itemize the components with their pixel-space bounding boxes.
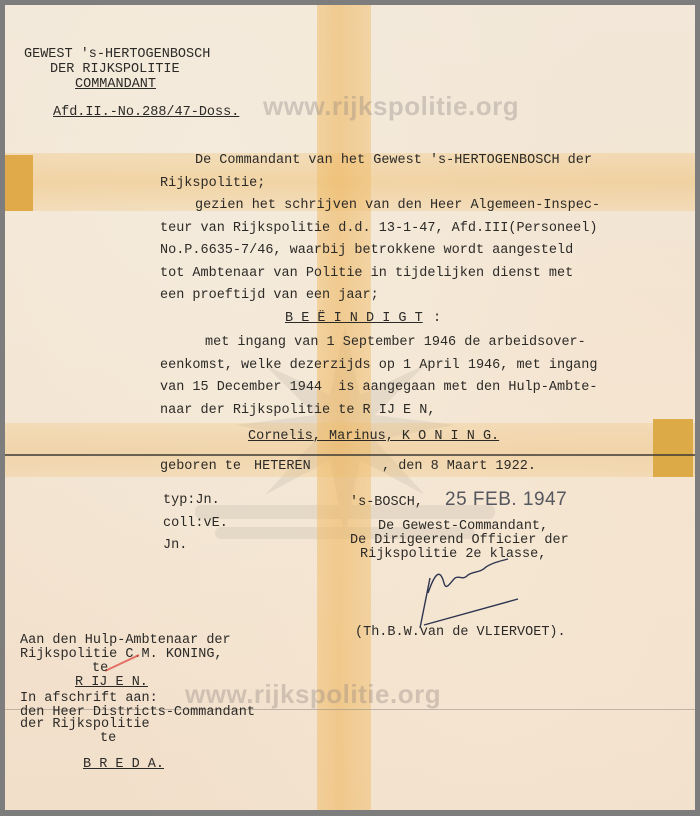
- tape-patch-left: [5, 155, 33, 211]
- body-line: teur van Rijkspolitie d.d. 13-1-47, Afd.…: [160, 221, 597, 237]
- body-line: No.P.6635-7/46, waarbij betrokkene wordt…: [160, 243, 573, 259]
- body-line: gezien het schrijven van den Heer Algeme…: [195, 198, 600, 214]
- body-line: met ingang van 1 September 1946 de arbei…: [205, 335, 586, 351]
- fold-crease: [5, 454, 695, 456]
- date-stamp: 25 FEB. 1947: [445, 489, 567, 511]
- typist-initials: typ:Jn.: [163, 493, 220, 509]
- red-pencil-mark-icon: [103, 653, 143, 673]
- body-line: naar der Rijkspolitie te R IJ E N,: [160, 403, 435, 419]
- birth-prefix: geboren te: [160, 459, 241, 475]
- birth-date: , den 8 Maart 1922.: [382, 459, 536, 475]
- copy-te: te: [100, 731, 116, 747]
- handwritten-signature-icon: [400, 553, 530, 633]
- birth-place: HETEREN: [254, 459, 311, 475]
- tape-patch-right: [653, 419, 693, 477]
- collation-initials: coll:vE.: [163, 516, 228, 532]
- body-line: een proeftijd van een jaar;: [160, 288, 379, 304]
- body-line: Rijkspolitie;: [160, 176, 265, 192]
- decision-heading: B E Ë I N D I G T: [285, 311, 423, 327]
- copy-recipient-org: der Rijkspolitie: [20, 717, 150, 733]
- document-page: www.rijkspolitie.org www.rijkspolitie.or…: [5, 5, 695, 810]
- decision-colon: :: [433, 311, 441, 327]
- recipient-place: R IJ E N.: [75, 675, 148, 691]
- body-line: eenkomst, welke dezerzijds op 1 April 19…: [160, 358, 597, 374]
- header-commandant: COMMANDANT: [75, 77, 156, 93]
- signer-name: (Th.B.W.van de VLIERVOET).: [355, 625, 566, 641]
- reference-number: Afd.II.-No.288/47-Doss.: [53, 105, 239, 121]
- copy-place: B R E D A.: [83, 757, 164, 773]
- body-line: tot Ambtenaar van Politie in tijdelijken…: [160, 266, 573, 282]
- place-of-issue: 's-BOSCH,: [350, 495, 423, 511]
- body-line: van 15 December 1944 is aangegaan met de…: [160, 380, 597, 396]
- person-name: Cornelis, Marinus, K O N I N G.: [248, 429, 499, 445]
- body-line: De Commandant van het Gewest 's-HERTOGEN…: [195, 153, 592, 169]
- header-police: DER RIJKSPOLITIE: [50, 62, 180, 78]
- watermark-top: www.rijkspolitie.org: [263, 91, 519, 122]
- header-region: GEWEST 's-HERTOGENBOSCH: [24, 47, 210, 63]
- author-initials: Jn.: [163, 538, 187, 554]
